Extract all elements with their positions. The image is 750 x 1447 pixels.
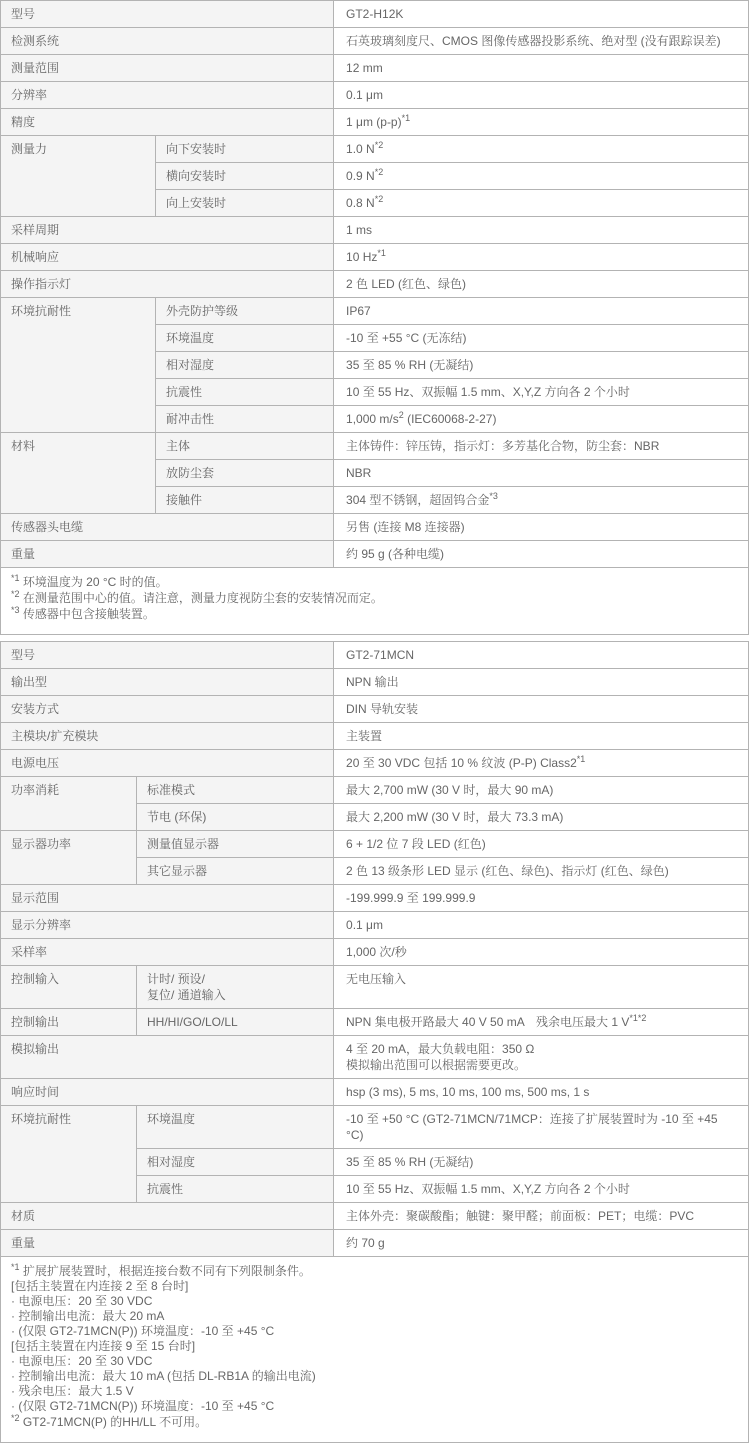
superscript-note-marker: *3 [489, 491, 498, 501]
cell-text: 型号 [11, 7, 35, 21]
spec-row: 型号GT2-H12K [1, 1, 749, 28]
cell-text: 显示器功率 [11, 837, 71, 851]
spec-value-cell: 1.0 N*2 [334, 136, 749, 163]
footnote-block: *1 扩展扩展装置时，根据连接台数不同有下列限制条件。[包括主装置在内连接 2 … [1, 1257, 749, 1443]
spec-label-cell: 显示范围 [1, 885, 334, 912]
amplifier-spec-table: 型号GT2-71MCN输出型NPN 输出安装方式DIN 导轨安装主模块/扩充模块… [0, 641, 749, 1443]
spec-row: 操作指示灯2 色 LED (红色、绿色) [1, 271, 749, 298]
cell-text: 相对湿度 [147, 1155, 195, 1169]
spec-value-cell: 20 至 30 VDC 包括 10 % 纹波 (P-P) Class2*1 [334, 750, 749, 777]
cell-text: 向下安装时 [166, 142, 226, 156]
cell-text: 环境抗耐性 [11, 304, 71, 318]
footnote-line: [包括主装置在内连接 2 至 8 台时] [11, 1279, 738, 1294]
cell-text: GT2-71MCN(P) 的HH/LL 不可用。 [20, 1415, 208, 1429]
spec-row: 型号GT2-71MCN [1, 642, 749, 669]
cell-text: 约 70 g [346, 1236, 385, 1250]
spec-value-cell: 石英玻璃刻度尺、CMOS 图像传感器投影系统、绝对型 (没有跟踪误差) [334, 28, 749, 55]
spec-label-cell: 精度 [1, 109, 334, 136]
spec-row: 材质主体外壳：聚碳酸酯；触键：聚甲醛；前面板：PET；电缆：PVC [1, 1203, 749, 1230]
spec-sublabel-cell: 测量值显示器 [137, 831, 334, 858]
spec-value-cell: 12 mm [334, 55, 749, 82]
spec-value-cell: 主体外壳：聚碳酸酯；触键：聚甲醛；前面板：PET；电缆：PVC [334, 1203, 749, 1230]
spec-label-cell: 型号 [1, 642, 334, 669]
spec-label-cell: 显示分辨率 [1, 912, 334, 939]
cell-text: 最大 2,700 mW (30 V 时，最大 90 mA) [346, 783, 553, 797]
spec-value-cell: 0.1 μm [334, 82, 749, 109]
spec-label-cell: 检测系统 [1, 28, 334, 55]
spec-label-cell: 环境抗耐性 [1, 1106, 137, 1203]
spec-value-cell: 6 + 1/2 位 7 段 LED (红色) [334, 831, 749, 858]
cell-text: 主体 [166, 439, 190, 453]
cell-text: 材料 [11, 439, 35, 453]
spec-value-cell: 1 ms [334, 217, 749, 244]
cell-text: hsp (3 ms), 5 ms, 10 ms, 100 ms, 500 ms,… [346, 1085, 589, 1099]
spec-value-cell: GT2-H12K [334, 1, 749, 28]
spec-label-cell: 响应时间 [1, 1079, 334, 1106]
spec-row: 显示器功率测量值显示器6 + 1/2 位 7 段 LED (红色) [1, 831, 749, 858]
cell-text: 35 至 85 % RH (无凝结) [346, 1155, 473, 1169]
spec-sublabel-cell: 接触件 [156, 487, 334, 514]
cell-text: 35 至 85 % RH (无凝结) [346, 358, 473, 372]
cell-text: 2 色 LED (红色、绿色) [346, 277, 466, 291]
spec-sublabel-cell: HH/HI/GO/LO/LL [137, 1009, 334, 1036]
superscript-note-marker: *2 [375, 194, 384, 204]
spec-value-cell: IP67 [334, 298, 749, 325]
spec-row: 采样率1,000 次/秒 [1, 939, 749, 966]
cell-text: 操作指示灯 [11, 277, 71, 291]
spec-label-cell: 输出型 [1, 669, 334, 696]
footnote-line: · 电源电压：20 至 30 VDC [11, 1354, 738, 1369]
spec-value-cell: 35 至 85 % RH (无凝结) [334, 1149, 749, 1176]
spec-row: 精度1 μm (p-p)*1 [1, 109, 749, 136]
cell-text: · (仅限 GT2-71MCN(P)) 环境温度：-10 至 +45 °C [11, 1324, 274, 1338]
spec-row: 检测系统石英玻璃刻度尺、CMOS 图像传感器投影系统、绝对型 (没有跟踪误差) [1, 28, 749, 55]
spec-label-cell: 重量 [1, 1230, 334, 1257]
spec-row: 主模块/扩充模块主装置 [1, 723, 749, 750]
spec-value-cell: 无电压输入 [334, 966, 749, 1009]
cell-text: 4 至 20 mA，最大负载电阻：350 Ω 模拟输出范围可以根据需要更改。 [346, 1042, 534, 1072]
cell-text: 0.9 N [346, 169, 375, 183]
spec-label-cell: 材料 [1, 433, 156, 514]
cell-text: 扩展扩展装置时，根据连接台数不同有下列限制条件。 [20, 1264, 311, 1278]
footnote-row: *1 环境温度为 20 °C 时的值。*2 在测量范围中心的值。请注意，测量力度… [1, 568, 749, 635]
cell-text: · 电源电压：20 至 30 VDC [11, 1354, 152, 1368]
spec-value-cell: 1 μm (p-p)*1 [334, 109, 749, 136]
cell-text: GT2-H12K [346, 7, 403, 21]
cell-text: 20 至 30 VDC 包括 10 % 纹波 (P-P) Class2 [346, 756, 577, 770]
superscript-note-marker: *1 [577, 754, 586, 764]
cell-text: 精度 [11, 115, 35, 129]
spec-value-cell: DIN 导轨安装 [334, 696, 749, 723]
spec-label-cell: 控制输出 [1, 1009, 137, 1036]
spec-label-cell: 环境抗耐性 [1, 298, 156, 433]
spec-value-cell: 2 色 13 级条形 LED 显示 (红色、绿色)、指示灯 (红色、绿色) [334, 858, 749, 885]
cell-text: 采样周期 [11, 223, 59, 237]
spec-row: 控制输出HH/HI/GO/LO/LLNPN 集电极开路最大 40 V 50 mA… [1, 1009, 749, 1036]
spec-row: 响应时间hsp (3 ms), 5 ms, 10 ms, 100 ms, 500… [1, 1079, 749, 1106]
cell-text: 0.1 μm [346, 918, 383, 932]
spec-row: 安装方式DIN 导轨安装 [1, 696, 749, 723]
superscript-note-marker: *3 [11, 605, 20, 615]
spec-value-cell: 0.8 N*2 [334, 190, 749, 217]
spec-sublabel-cell: 计时/ 预设/ 复位/ 通道输入 [137, 966, 334, 1009]
spec-sublabel-cell: 抗震性 [137, 1176, 334, 1203]
spec-value-cell: 10 至 55 Hz、双振幅 1.5 mm、X,Y,Z 方向各 2 个小时 [334, 379, 749, 406]
cell-text: 6 + 1/2 位 7 段 LED (红色) [346, 837, 486, 851]
spec-row: 机械响应10 Hz*1 [1, 244, 749, 271]
cell-text: 重量 [11, 1236, 35, 1250]
spec-sublabel-cell: 标准模式 [137, 777, 334, 804]
cell-text: 环境温度 [147, 1112, 195, 1126]
spec-sublabel-cell: 主体 [156, 433, 334, 460]
cell-text: 无电压输入 [346, 972, 406, 986]
spec-value-cell: -10 至 +55 °C (无冻结) [334, 325, 749, 352]
cell-text: 向上安装时 [166, 196, 226, 210]
spec-sublabel-cell: 耐冲击性 [156, 406, 334, 433]
cell-text: 功率消耗 [11, 783, 59, 797]
spec-row: 控制输入计时/ 预设/ 复位/ 通道输入无电压输入 [1, 966, 749, 1009]
spec-value-cell: 约 70 g [334, 1230, 749, 1257]
cell-text: 主体铸件：锌压铸，指示灯：多芳基化合物，防尘套：NBR [346, 439, 659, 453]
spec-row: 功率消耗标准模式最大 2,700 mW (30 V 时，最大 90 mA) [1, 777, 749, 804]
spec-label-cell: 传感器头电缆 [1, 514, 334, 541]
cell-text: 环境抗耐性 [11, 1112, 71, 1126]
cell-text: 抗震性 [147, 1182, 183, 1196]
cell-text: 显示范围 [11, 891, 59, 905]
footnote-block: *1 环境温度为 20 °C 时的值。*2 在测量范围中心的值。请注意，测量力度… [1, 568, 749, 635]
spec-sublabel-cell: 放防尘套 [156, 460, 334, 487]
spec-row: 显示分辨率0.1 μm [1, 912, 749, 939]
spec-value-cell: 4 至 20 mA，最大负载电阻：350 Ω 模拟输出范围可以根据需要更改。 [334, 1036, 749, 1079]
cell-text: 主体外壳：聚碳酸酯；触键：聚甲醛；前面板：PET；电缆：PVC [346, 1209, 694, 1223]
sensor-head-spec-table: 型号GT2-H12K检测系统石英玻璃刻度尺、CMOS 图像传感器投影系统、绝对型… [0, 0, 749, 635]
spec-sublabel-cell: 其它显示器 [137, 858, 334, 885]
spec-sublabel-cell: 向上安装时 [156, 190, 334, 217]
superscript-note-marker: *1 [377, 248, 386, 258]
cell-text: 测量力 [11, 142, 47, 156]
spec-label-cell: 模拟输出 [1, 1036, 334, 1079]
spec-row: 电源电压20 至 30 VDC 包括 10 % 纹波 (P-P) Class2*… [1, 750, 749, 777]
cell-text: 另售 (连接 M8 连接器) [346, 520, 465, 534]
cell-text: 10 至 55 Hz、双振幅 1.5 mm、X,Y,Z 方向各 2 个小时 [346, 1182, 630, 1196]
cell-text: 抗震性 [166, 385, 202, 399]
spec-value-cell: 10 Hz*1 [334, 244, 749, 271]
spec-row: 模拟输出4 至 20 mA，最大负载电阻：350 Ω 模拟输出范围可以根据需要更… [1, 1036, 749, 1079]
spec-row: 重量约 70 g [1, 1230, 749, 1257]
spec-value-cell: NPN 集电极开路最大 40 V 50 mA 残余电压最大 1 V*1*2 [334, 1009, 749, 1036]
cell-text: 电源电压 [11, 756, 59, 770]
cell-text: 其它显示器 [147, 864, 207, 878]
spec-row: 材料主体主体铸件：锌压铸，指示灯：多芳基化合物，防尘套：NBR [1, 433, 749, 460]
cell-text: 2 色 13 级条形 LED 显示 (红色、绿色)、指示灯 (红色、绿色) [346, 864, 669, 878]
cell-text: 输出型 [11, 675, 47, 689]
cell-text: 控制输入 [11, 972, 59, 986]
cell-text: 检测系统 [11, 34, 59, 48]
cell-text: -199.999.9 至 199.999.9 [346, 891, 475, 905]
cell-text: 304 型不锈钢，超固钨合金 [346, 493, 489, 507]
spec-row: 环境抗耐性环境温度-10 至 +50 °C (GT2-71MCN/71MCP：连… [1, 1106, 749, 1149]
spec-value-cell: 1,000 m/s2 (IEC60068-2-27) [334, 406, 749, 433]
cell-text: 环境温度 [166, 331, 214, 345]
spec-sublabel-cell: 向下安装时 [156, 136, 334, 163]
spec-value-cell: 2 色 LED (红色、绿色) [334, 271, 749, 298]
cell-text: [包括主装置在内连接 9 至 15 台时] [11, 1339, 195, 1353]
spec-sublabel-cell: 环境温度 [156, 325, 334, 352]
spec-label-cell: 材质 [1, 1203, 334, 1230]
cell-text: (IEC60068-2-27) [404, 412, 497, 426]
spec-sublabel-cell: 外壳防护等级 [156, 298, 334, 325]
cell-text: · 控制输出电流：最大 20 mA [11, 1309, 164, 1323]
cell-text: 环境温度为 20 °C 时的值。 [20, 575, 168, 589]
spec-value-cell: 35 至 85 % RH (无凝结) [334, 352, 749, 379]
cell-text: · 残余电压：最大 1.5 V [11, 1384, 134, 1398]
cell-text: DIN 导轨安装 [346, 702, 418, 716]
spec-value-cell: 约 95 g (各种电缆) [334, 541, 749, 568]
cell-text: 10 Hz [346, 250, 377, 264]
spec-row: 显示范围-199.999.9 至 199.999.9 [1, 885, 749, 912]
cell-text: 1 ms [346, 223, 372, 237]
cell-text: 标准模式 [147, 783, 195, 797]
cell-text: 控制输出 [11, 1015, 59, 1029]
spec-row: 分辨率0.1 μm [1, 82, 749, 109]
spec-value-cell: 主体铸件：锌压铸，指示灯：多芳基化合物，防尘套：NBR [334, 433, 749, 460]
cell-text: 采样率 [11, 945, 47, 959]
footnote-line: *2 在测量范围中心的值。请注意，测量力度视防尘套的安装情况而定。 [11, 590, 738, 606]
spec-sublabel-cell: 抗震性 [156, 379, 334, 406]
cell-text: GT2-71MCN [346, 648, 414, 662]
cell-text: 0.8 N [346, 196, 375, 210]
footnote-line: · (仅限 GT2-71MCN(P)) 环境温度：-10 至 +45 °C [11, 1324, 738, 1339]
superscript-note-marker: *2 [11, 1413, 20, 1423]
cell-text: · (仅限 GT2-71MCN(P)) 环境温度：-10 至 +45 °C [11, 1399, 274, 1413]
cell-text: 节电 (环保) [147, 810, 206, 824]
spec-value-cell: 最大 2,700 mW (30 V 时，最大 90 mA) [334, 777, 749, 804]
spec-label-cell: 采样率 [1, 939, 334, 966]
spec-value-cell: -10 至 +50 °C (GT2-71MCN/71MCP：连接了扩展装置时为 … [334, 1106, 749, 1149]
spec-label-cell: 采样周期 [1, 217, 334, 244]
spec-sublabel-cell: 环境温度 [137, 1106, 334, 1149]
footnote-line: *1 扩展扩展装置时，根据连接台数不同有下列限制条件。 [11, 1263, 738, 1279]
footnote-line: · 控制输出电流：最大 20 mA [11, 1309, 738, 1324]
cell-text: 10 至 55 Hz、双振幅 1.5 mm、X,Y,Z 方向各 2 个小时 [346, 385, 630, 399]
cell-text: 外壳防护等级 [166, 304, 238, 318]
cell-text: 主模块/扩充模块 [11, 729, 98, 743]
spec-value-cell: NBR [334, 460, 749, 487]
spec-value-cell: 304 型不锈钢，超固钨合金*3 [334, 487, 749, 514]
cell-text: 1,000 m/s [346, 412, 399, 426]
cell-text: 分辨率 [11, 88, 47, 102]
spec-row: 测量力向下安装时1.0 N*2 [1, 136, 749, 163]
cell-text: 安装方式 [11, 702, 59, 716]
footnote-line: · 控制输出电流：最大 10 mA (包括 DL-RB1A 的输出电流) [11, 1369, 738, 1384]
spec-value-cell: 1,000 次/秒 [334, 939, 749, 966]
cell-text: [包括主装置在内连接 2 至 8 台时] [11, 1279, 188, 1293]
cell-text: NPN 输出 [346, 675, 399, 689]
footnote-line: *1 环境温度为 20 °C 时的值。 [11, 574, 738, 590]
spec-value-cell: 0.9 N*2 [334, 163, 749, 190]
spec-value-cell: NPN 输出 [334, 669, 749, 696]
cell-text: 横向安装时 [166, 169, 226, 183]
spec-label-cell: 测量力 [1, 136, 156, 217]
cell-text: 石英玻璃刻度尺、CMOS 图像传感器投影系统、绝对型 (没有跟踪误差) [346, 34, 721, 48]
spec-value-cell: 另售 (连接 M8 连接器) [334, 514, 749, 541]
cell-text: 1,000 次/秒 [346, 945, 407, 959]
cell-text: 主装置 [346, 729, 382, 743]
footnote-line: *2 GT2-71MCN(P) 的HH/LL 不可用。 [11, 1414, 738, 1430]
spec-value-cell: 最大 2,200 mW (30 V 时，最大 73.3 mA) [334, 804, 749, 831]
superscript-note-marker: *2 [375, 167, 384, 177]
cell-text: 显示分辨率 [11, 918, 71, 932]
spec-value-cell: 10 至 55 Hz、双振幅 1.5 mm、X,Y,Z 方向各 2 个小时 [334, 1176, 749, 1203]
cell-text: 计时/ 预设/ 复位/ 通道输入 [147, 972, 226, 1002]
spec-label-cell: 机械响应 [1, 244, 334, 271]
superscript-note-marker: *2 [11, 589, 20, 599]
cell-text: 1.0 N [346, 142, 375, 156]
spec-value-cell: 0.1 μm [334, 912, 749, 939]
spec-sublabel-cell: 横向安装时 [156, 163, 334, 190]
spec-label-cell: 操作指示灯 [1, 271, 334, 298]
cell-text: · 电源电压：20 至 30 VDC [11, 1294, 152, 1308]
cell-text: 最大 2,200 mW (30 V 时，最大 73.3 mA) [346, 810, 563, 824]
spec-label-cell: 测量范围 [1, 55, 334, 82]
footnote-line: · 电源电压：20 至 30 VDC [11, 1294, 738, 1309]
cell-text: 12 mm [346, 61, 383, 75]
spec-value-cell: hsp (3 ms), 5 ms, 10 ms, 100 ms, 500 ms,… [334, 1079, 749, 1106]
cell-text: 放防尘套 [166, 466, 214, 480]
spec-label-cell: 安装方式 [1, 696, 334, 723]
superscript-note-marker: *1 [402, 113, 411, 123]
spec-sheet-page: 型号GT2-H12K检测系统石英玻璃刻度尺、CMOS 图像传感器投影系统、绝对型… [0, 0, 750, 1447]
spec-label-cell: 分辨率 [1, 82, 334, 109]
cell-text: 传感器头电缆 [11, 520, 83, 534]
cell-text: 机械响应 [11, 250, 59, 264]
cell-text: 型号 [11, 648, 35, 662]
spec-sublabel-cell: 相对湿度 [137, 1149, 334, 1176]
spec-row: 测量范围12 mm [1, 55, 749, 82]
cell-text: 0.1 μm [346, 88, 383, 102]
cell-text: 测量范围 [11, 61, 59, 75]
cell-text: IP67 [346, 304, 371, 318]
spec-label-cell: 型号 [1, 1, 334, 28]
cell-text: 材质 [11, 1209, 35, 1223]
superscript-note-marker: *2 [375, 140, 384, 150]
spec-label-cell: 重量 [1, 541, 334, 568]
cell-text: -10 至 +55 °C (无冻结) [346, 331, 467, 345]
footnote-line: *3 传感器中包含接触装置。 [11, 606, 738, 622]
cell-text: 接触件 [166, 493, 202, 507]
cell-text: 在测量范围中心的值。请注意，测量力度视防尘套的安装情况而定。 [20, 591, 383, 605]
cell-text: 响应时间 [11, 1085, 59, 1099]
spec-label-cell: 显示器功率 [1, 831, 137, 885]
spec-row: 重量约 95 g (各种电缆) [1, 541, 749, 568]
footnote-line: · (仅限 GT2-71MCN(P)) 环境温度：-10 至 +45 °C [11, 1399, 738, 1414]
spec-label-cell: 主模块/扩充模块 [1, 723, 334, 750]
spec-sublabel-cell: 节电 (环保) [137, 804, 334, 831]
cell-text: 耐冲击性 [166, 412, 214, 426]
superscript-note-marker: *1*2 [629, 1013, 646, 1023]
superscript-note-marker: *1 [11, 1262, 20, 1272]
superscript-note-marker: *1 [11, 573, 20, 583]
footnote-line: [包括主装置在内连接 9 至 15 台时] [11, 1339, 738, 1354]
cell-text: 模拟输出 [11, 1042, 59, 1056]
spec-value-cell: 主装置 [334, 723, 749, 750]
spec-row: 输出型NPN 输出 [1, 669, 749, 696]
cell-text: NPN 集电极开路最大 40 V 50 mA 残余电压最大 1 V [346, 1015, 629, 1029]
spec-value-cell: GT2-71MCN [334, 642, 749, 669]
spec-label-cell: 控制输入 [1, 966, 137, 1009]
cell-text: · 控制输出电流：最大 10 mA (包括 DL-RB1A 的输出电流) [11, 1369, 316, 1383]
footnote-line: · 残余电压：最大 1.5 V [11, 1384, 738, 1399]
spec-row: 环境抗耐性外壳防护等级IP67 [1, 298, 749, 325]
cell-text: 1 μm (p-p) [346, 115, 402, 129]
cell-text: -10 至 +50 °C (GT2-71MCN/71MCP：连接了扩展装置时为 … [346, 1112, 718, 1142]
cell-text: 测量值显示器 [147, 837, 219, 851]
cell-text: 约 95 g (各种电缆) [346, 547, 444, 561]
spec-value-cell: -199.999.9 至 199.999.9 [334, 885, 749, 912]
cell-text: 相对湿度 [166, 358, 214, 372]
spec-row: 采样周期1 ms [1, 217, 749, 244]
cell-text: HH/HI/GO/LO/LL [147, 1015, 238, 1029]
spec-sublabel-cell: 相对湿度 [156, 352, 334, 379]
spec-row: 传感器头电缆另售 (连接 M8 连接器) [1, 514, 749, 541]
cell-text: 传感器中包含接触装置。 [20, 607, 155, 621]
cell-text: NBR [346, 466, 371, 480]
spec-label-cell: 功率消耗 [1, 777, 137, 831]
spec-label-cell: 电源电压 [1, 750, 334, 777]
cell-text: 重量 [11, 547, 35, 561]
